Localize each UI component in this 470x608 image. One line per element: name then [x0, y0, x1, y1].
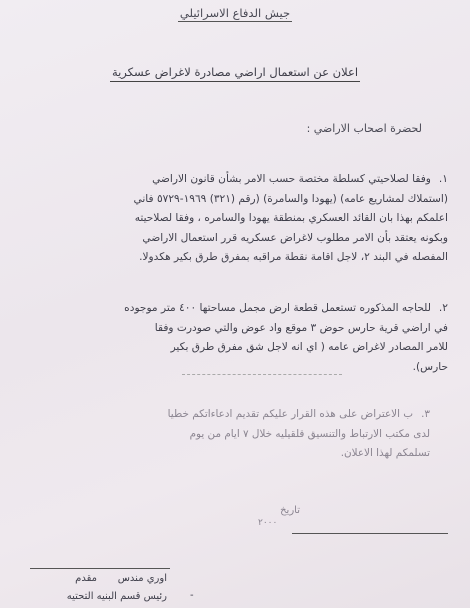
paragraph-1: ١.وفقا لصلاحيتي كسلطة مختصة حسب الامر بش…	[8, 170, 448, 268]
header-text: جيش الدفاع الاسرائيلي	[178, 6, 292, 22]
paragraph-3: ٣.ب الاعتراض على هذه القرار عليكم تقديم …	[168, 405, 430, 464]
paragraph-1-line: وبكونه يعتقد بأن الامر مطلوب لاغراض عسكر…	[8, 229, 448, 249]
paragraph-2-line: للامر المصادر لاغراض عامه ( اي انه لاجل …	[8, 338, 448, 358]
signatory-title: رئيس قسم البنيه التحتيه	[67, 591, 167, 602]
faded-separator	[182, 374, 342, 376]
paragraph-2: ٢.للحاجه المذكوره تستعمل قطعة ارض مجمل م…	[8, 299, 448, 377]
document-header: جيش الدفاع الاسرائيلي	[0, 6, 470, 20]
military-notice-document: جيش الدفاع الاسرائيلي اعلان عن استعمال ا…	[0, 0, 470, 608]
paragraph-3-line: لدى مكتب الارتباط والتنسيق قلقيليه خلال …	[168, 425, 430, 445]
paragraph-1-line: ١.وفقا لصلاحيتي كسلطة مختصة حسب الامر بش…	[8, 170, 448, 190]
trailing-mark: -	[190, 590, 194, 601]
date-label: تاريخ	[280, 505, 300, 516]
date-value: ٢٠٠٠	[258, 518, 277, 528]
paragraph-2-line: ٢.للحاجه المذكوره تستعمل قطعة ارض مجمل م…	[8, 299, 448, 319]
date-underline	[292, 533, 448, 534]
paragraph-2-number: ٢.	[439, 299, 448, 319]
paragraph-3-text: ب الاعتراض على هذه القرار عليكم تقديم اد…	[168, 408, 413, 420]
paragraph-1-line: اعلمكم بهذا بان القائد العسكري بمنطقة يه…	[8, 209, 448, 229]
subject-text: اعلان عن استعمال اراضي مصادرة لاغراض عسك…	[110, 65, 360, 82]
signatory-rank: مقدم	[75, 573, 97, 584]
signature-line	[30, 568, 170, 569]
paragraph-1-text: وفقا لصلاحيتي كسلطة مختصة حسب الامر بشأن…	[152, 173, 431, 185]
paragraph-3-line: تسلمكم لهذا الاعلان.	[168, 444, 430, 464]
paragraph-3-number: ٣.	[421, 405, 430, 425]
document-subject: اعلان عن استعمال اراضي مصادرة لاغراض عسك…	[0, 65, 470, 79]
paragraph-2-line: في اراضي قرية حارس حوض ٣ موقع واد عوض وا…	[8, 319, 448, 339]
paragraph-1-line: (استملاك لمشاريع عامه) (يهودا والسامرة) …	[8, 190, 448, 210]
paragraph-3-line: ٣.ب الاعتراض على هذه القرار عليكم تقديم …	[168, 405, 430, 425]
salutation: لحضرة اصحاب الاراضي :	[307, 122, 422, 135]
paragraph-1-number: ١.	[439, 170, 448, 190]
paragraph-2-text: للحاجه المذكوره تستعمل قطعة ارض مجمل مسا…	[124, 302, 431, 314]
signature-separator: ،	[124, 572, 127, 583]
paragraph-1-line: المفصله في البند ٢، لاجل اقامة نقطة مراق…	[8, 248, 448, 268]
